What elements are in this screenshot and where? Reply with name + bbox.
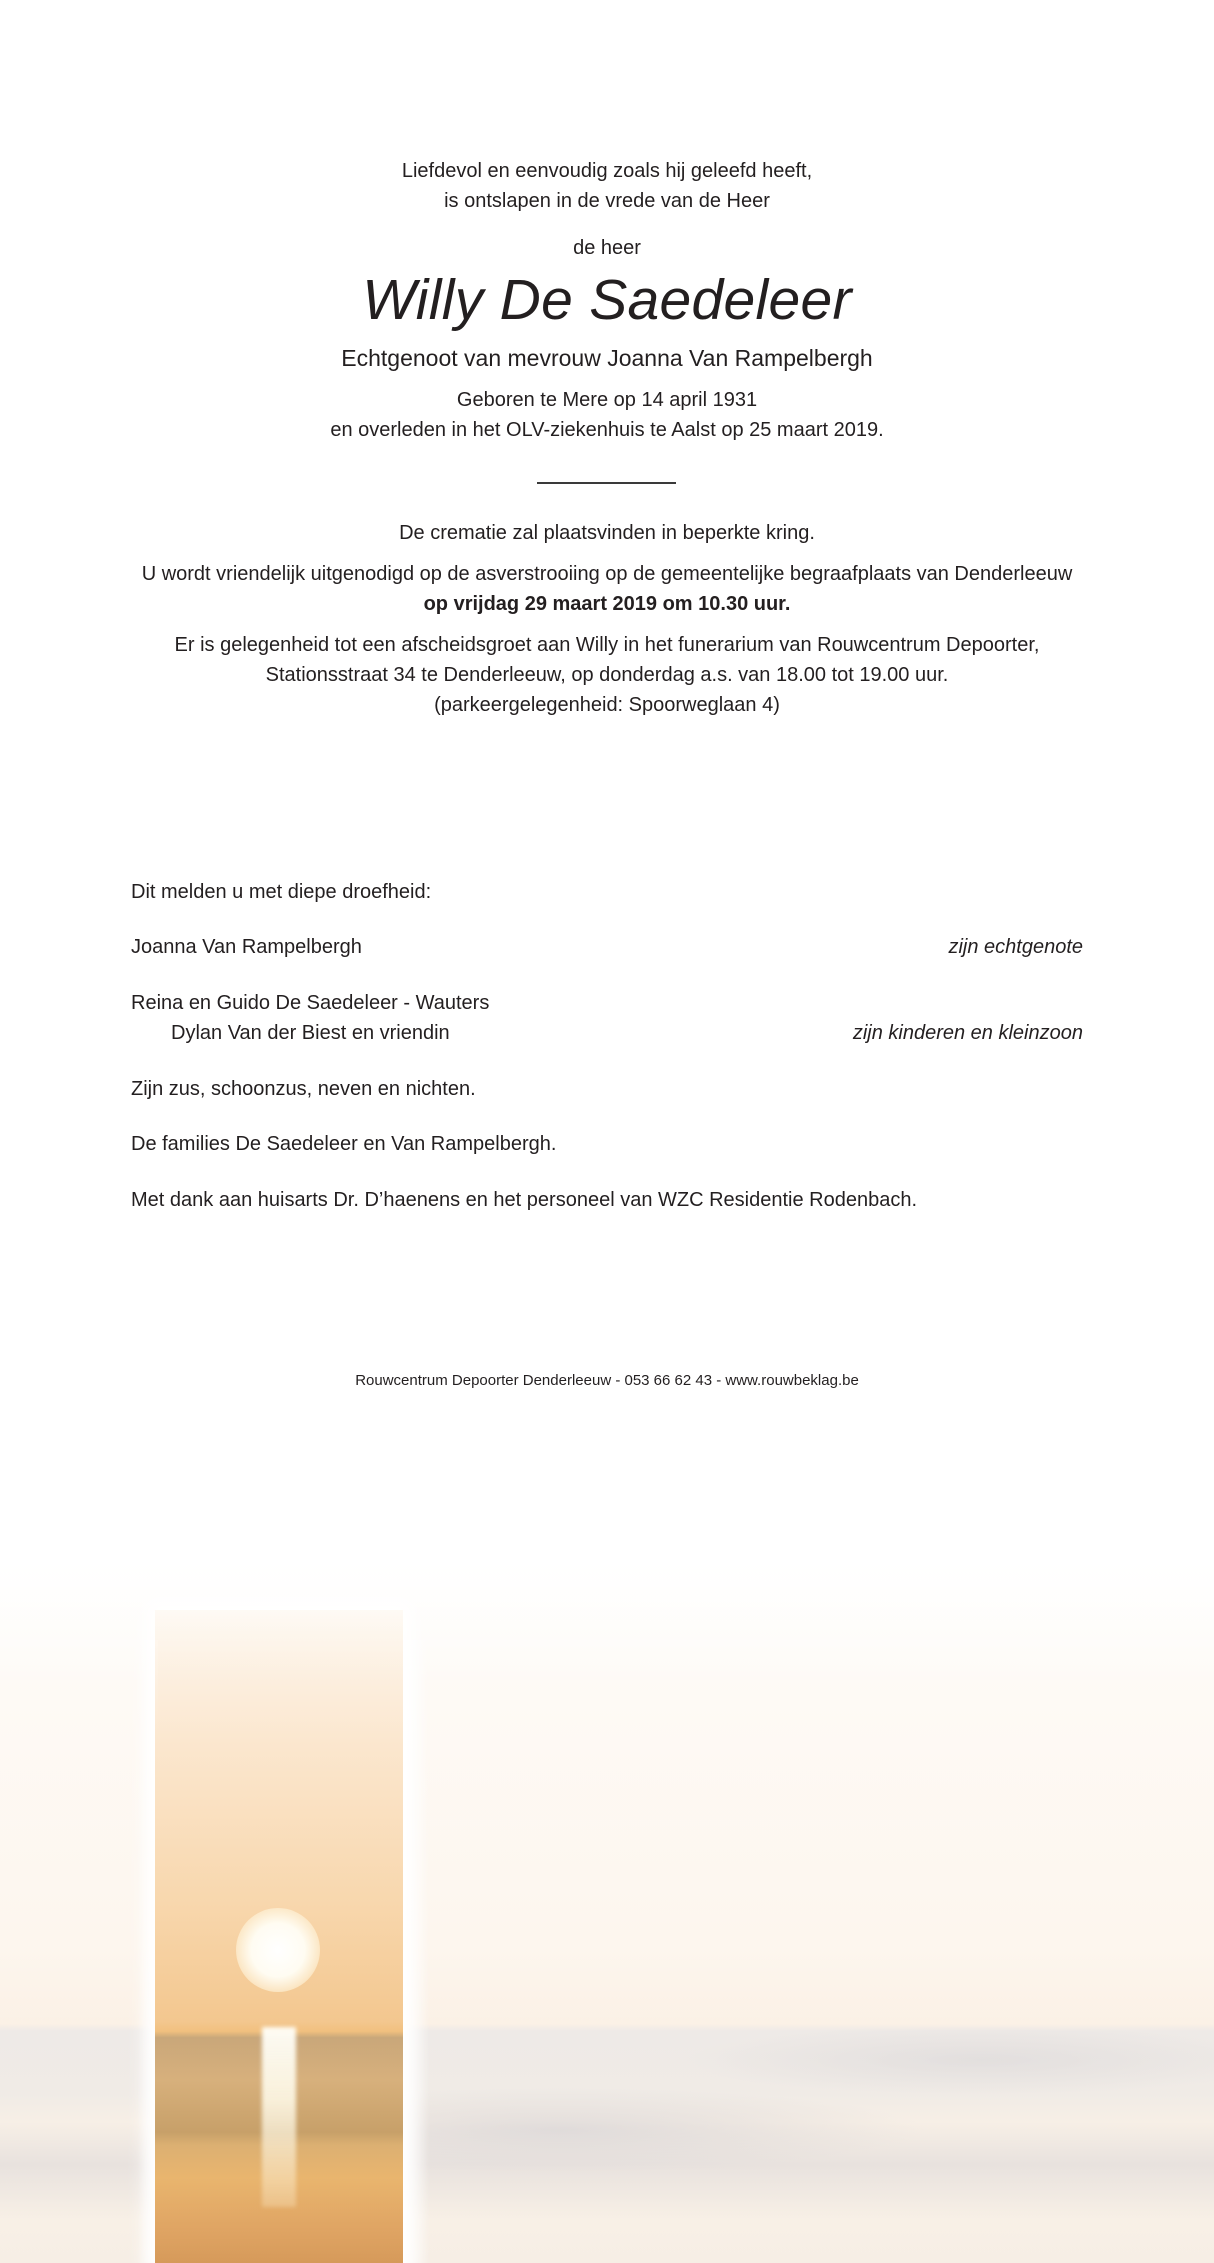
- sun-icon: [236, 1908, 320, 1992]
- death-line: en overleden in het OLV-ziekenhuis te Aa…: [0, 415, 1214, 445]
- family-entry: Joanna Van Rampelbergh zijn echtgenote: [131, 932, 1083, 962]
- family-relation: zijn echtgenote: [948, 932, 1083, 962]
- invitation: U wordt vriendelijk uitgenodigd op de as…: [0, 559, 1214, 619]
- cremation-note: De crematie zal plaatsvinden in beperkte…: [0, 518, 1214, 548]
- divider: [537, 482, 676, 484]
- panel-glow-right: [403, 1640, 429, 2263]
- birth-death-dates: Geboren te Mere op 14 april 1931 en over…: [0, 385, 1214, 445]
- family-line: Zijn zus, schoonzus, neven en nichten.: [131, 1074, 1083, 1104]
- family-member-name: Joanna Van Rampelbergh: [131, 932, 362, 962]
- birth-line: Geboren te Mere op 14 april 1931: [0, 385, 1214, 415]
- intro-line: is ontslapen in de vrede van de Heer: [0, 186, 1214, 216]
- deceased-name: Willy De Saedeleer: [0, 262, 1214, 338]
- family-member-name: Dylan Van der Biest en vriendin: [131, 1018, 450, 1048]
- funeral-home-footer: Rouwcentrum Depoorter Denderleeuw - 053 …: [0, 1369, 1214, 1393]
- family-line: De families De Saedeleer en Van Rampelbe…: [131, 1129, 1083, 1159]
- family-relation: zijn kinderen en kleinzoon: [853, 1018, 1083, 1048]
- intro-line: Liefdevol en eenvoudig zoals hij geleefd…: [0, 156, 1214, 186]
- farewell-line: Stationsstraat 34 te Denderleeuw, op don…: [0, 660, 1214, 690]
- invitation-text: U wordt vriendelijk uitgenodigd op de as…: [0, 559, 1214, 589]
- parking-line: (parkeergelegenheid: Spoorweglaan 4): [0, 690, 1214, 720]
- farewell-info: Er is gelegenheid tot een afscheidsgroet…: [0, 630, 1214, 720]
- invitation-datetime: op vrijdag 29 maart 2019 om 10.30 uur.: [0, 589, 1214, 619]
- farewell-line: Er is gelegenheid tot een afscheidsgroet…: [0, 630, 1214, 660]
- title-prefix: de heer: [0, 233, 1214, 263]
- spouse-line: Echtgenoot van mevrouw Joanna Van Rampel…: [0, 342, 1214, 374]
- family-announcement: Dit melden u met diepe droefheid:: [131, 877, 1083, 907]
- family-entry: Reina en Guido De Saedeleer - Wauters Dy…: [131, 988, 1083, 1048]
- sun-reflection: [262, 2027, 296, 2207]
- intro-text: Liefdevol en eenvoudig zoals hij geleefd…: [0, 156, 1214, 216]
- family-member-name: Reina en Guido De Saedeleer - Wauters: [131, 988, 489, 1018]
- thanks-line: Met dank aan huisarts Dr. D’haenens en h…: [131, 1185, 1083, 1215]
